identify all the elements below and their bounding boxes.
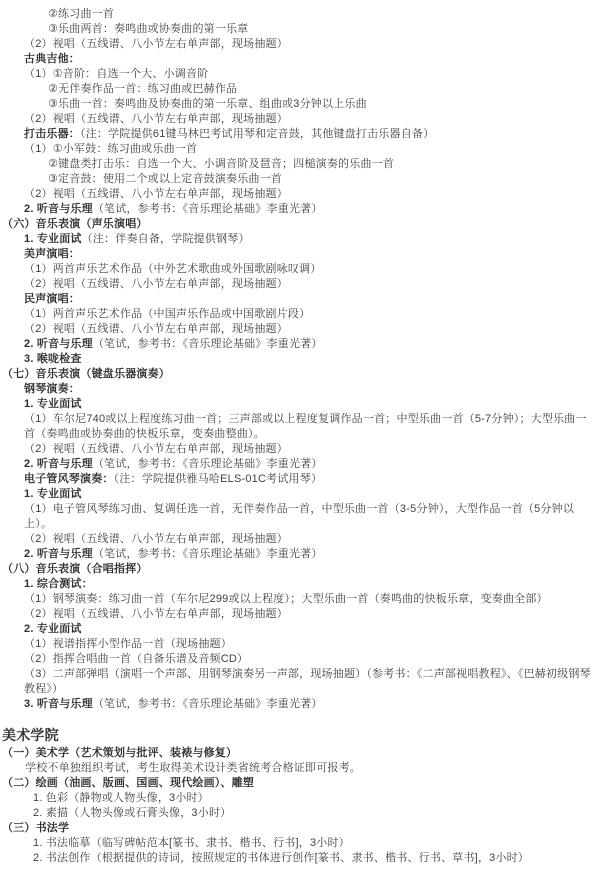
text-segment: （1）电子管风琴练习曲、复调任选一首，无伴奏作品一首，中型乐曲一首（3-5分钟）…: [24, 503, 574, 530]
doc-line: 2. 素描（人物头像或石膏头像，3小时）: [0, 806, 598, 821]
text-segment: 2. 听音与乐理: [24, 458, 93, 470]
doc-line: （1）钢琴演奏：练习曲一首（车尔尼299或以上程度）；大型乐曲一首（奏鸣曲的快板…: [0, 592, 598, 607]
doc-line: 1. 专业面试: [0, 487, 598, 502]
doc-line: （1）视谱指挥小型作品一首（现场抽题）: [0, 637, 598, 652]
doc-line: 1. 专业面试（注：伴奏自备，学院提供钢琴）: [0, 232, 598, 247]
text-segment: （1）两首声乐艺术作品（中外艺术歌曲或外国歌剧咏叹调）: [24, 263, 322, 275]
text-segment: （1）①小军鼓：练习曲或乐曲一首: [24, 143, 197, 155]
doc-line: （八）音乐表演（合唱指挥）: [0, 562, 598, 577]
doc-line: 美声演唱：: [0, 247, 598, 262]
text-segment: （1）视谱指挥小型作品一首（现场抽题）: [24, 638, 232, 650]
text-segment: （2）视唱（五线谱、八小节左右单声部，现场抽题）: [24, 188, 288, 200]
text-segment: （七）音乐表演（键盘乐器演奏）: [2, 368, 170, 380]
text-segment: 美术学院: [2, 727, 59, 743]
doc-line: ③乐曲一首：奏鸣曲及协奏曲的第一乐章、组曲或3分钟以上乐曲: [0, 97, 598, 112]
doc-line: （六）音乐表演（声乐演唱）: [0, 217, 598, 232]
text-segment: 1. 专业面试: [24, 398, 82, 410]
text-segment: 2. 书法创作（根据提供的诗词，按照规定的书体进行创作[篆书、隶书、楷书、行书、…: [33, 852, 529, 864]
doc-line: （1）电子管风琴练习曲、复调任选一首，无伴奏作品一首，中型乐曲一首（3-5分钟）…: [0, 502, 598, 532]
text-segment: 1. 书法临摹（临写碑帖范本[篆书、隶书、楷书、行书]，3小时）: [33, 837, 350, 849]
doc-line: 3. 听音与乐理（笔试，参考书：《音乐理论基础》李重光著）: [0, 697, 598, 712]
text-segment: 2. 听音与乐理: [24, 203, 93, 215]
text-segment: ②练习曲一首: [48, 8, 114, 20]
text-segment: （1）①音阶：自选一个大、小调音阶: [24, 68, 208, 80]
text-segment: （2）视唱（五线谱、八小节左右单声部，现场抽题）: [24, 608, 288, 620]
text-segment: （2）视唱（五线谱、八小节左右单声部，现场抽题）: [24, 323, 288, 335]
text-segment: （1）两首声乐艺术作品（中国声乐作品或中国歌剧片段）: [24, 308, 310, 320]
text-segment: 打击乐器：: [24, 128, 80, 140]
doc-line: （2）指挥合唱曲一首（自备乐谱及音频CD）: [0, 652, 598, 667]
doc-line: （1）两首声乐艺术作品（中国声乐作品或中国歌剧片段）: [0, 307, 598, 322]
doc-line: 1. 书法临摹（临写碑帖范本[篆书、隶书、楷书、行书]，3小时）: [0, 836, 598, 851]
doc-line: 2. 听音与乐理（笔试，参考书：《音乐理论基础》李重光著）: [0, 202, 598, 217]
text-segment: 学校不单独组织考试，考生取得美术设计类省统考合格证即可报考。: [25, 762, 361, 774]
text-segment: （注：学院提供61键马林巴考试用琴和定音鼓，其他键盘打击乐器自备）: [80, 128, 434, 140]
text-segment: 电子管风琴演奏：: [24, 473, 114, 485]
doc-line: ②练习曲一首: [0, 7, 598, 22]
text-segment: （笔试，参考书：《音乐理论基础》李重光著）: [93, 548, 323, 560]
text-segment: 1. 专业面试: [24, 488, 82, 500]
text-segment: （笔试，参考书：《音乐理论基础》李重光著）: [93, 458, 323, 470]
page-section-heading: 美术学院: [0, 725, 598, 746]
doc-line: （3）二声部弹唱（演唱一个声部、用钢琴演奏另一声部，现场抽题）（参考书：《二声部…: [0, 667, 598, 697]
doc-line: ③乐曲两首：奏鸣曲或协奏曲的第一乐章: [0, 22, 598, 37]
text-segment: （二）绘画（油画、版画、国画、现代绘画）、雕塑: [2, 777, 254, 789]
doc-line: （七）音乐表演（键盘乐器演奏）: [0, 367, 598, 382]
text-segment: （1）钢琴演奏：练习曲一首（车尔尼299或以上程度）；大型乐曲一首（奏鸣曲的快板…: [24, 593, 548, 605]
doc-line: 1. 专业面试: [0, 397, 598, 412]
text-segment: （注：学院提供雅马哈ELS-01C考试用琴）: [114, 473, 323, 485]
text-segment: （2）视唱（五线谱、八小节左右单声部，现场抽题）: [24, 38, 288, 50]
doc-line: 2. 听音与乐理（笔试，参考书：《音乐理论基础》李重光著）: [0, 337, 598, 352]
text-segment: （2）指挥合唱曲一首（自备乐谱及音频CD）: [24, 653, 248, 665]
doc-line: 古典吉他：: [0, 52, 598, 67]
text-segment: （3）二声部弹唱（演唱一个声部、用钢琴演奏另一声部，现场抽题）（参考书：《二声部…: [24, 668, 591, 695]
text-segment: 2. 听音与乐理: [24, 338, 93, 350]
doc-line: （1）①小军鼓：练习曲或乐曲一首: [0, 142, 598, 157]
doc-line: （1）车尔尼740或以上程度练习曲一首；三声部或以上程度复调作品一首；中型乐曲一…: [0, 412, 598, 442]
doc-line: （三）书法学: [0, 821, 598, 836]
text-segment: 2. 专业面试: [24, 623, 82, 635]
text-segment: 1. 专业面试: [24, 233, 82, 245]
doc-line: 2. 听音与乐理（笔试，参考书：《音乐理论基础》李重光著）: [0, 457, 598, 472]
text-segment: 古典吉他：: [24, 53, 80, 65]
text-segment: 2. 素描（人物头像或石膏头像，3小时）: [33, 807, 231, 819]
text-segment: 1. 色彩（静物或人物头像，3小时）: [33, 792, 209, 804]
text-segment: （注：伴奏自备，学院提供钢琴）: [82, 233, 250, 245]
text-segment: 美声演唱：: [24, 248, 80, 260]
doc-line: ②键盘类打击乐：自选一个大、小调音阶及琶音；四槌演奏的乐曲一首: [0, 157, 598, 172]
text-segment: ③定音鼓：使用二个或以上定音鼓演奏乐曲一首: [48, 173, 282, 185]
doc-line: （2）视唱（五线谱、八小节左右单声部，现场抽题）: [0, 442, 598, 457]
text-segment: （2）视唱（五线谱、八小节左右单声部，现场抽题）: [24, 113, 288, 125]
text-segment: ③乐曲两首：奏鸣曲或协奏曲的第一乐章: [48, 23, 248, 35]
text-segment: （八）音乐表演（合唱指挥）: [2, 563, 148, 575]
doc-line: 3. 喉咙检查: [0, 352, 598, 367]
doc-line: （二）绘画（油画、版画、国画、现代绘画）、雕塑: [0, 776, 598, 791]
doc-line: 2. 专业面试: [0, 622, 598, 637]
text-segment: 3. 听音与乐理: [24, 698, 93, 710]
text-segment: （1）车尔尼740或以上程度练习曲一首；三声部或以上程度复调作品一首；中型乐曲一…: [24, 413, 587, 440]
doc-line: 打击乐器：（注：学院提供61键马林巴考试用琴和定音鼓，其他键盘打击乐器自备）: [0, 127, 598, 142]
doc-line: （2）视唱（五线谱、八小节左右单声部，现场抽题）: [0, 532, 598, 547]
text-segment: ②无伴奏作品一首：练习曲或巴赫作品: [48, 83, 237, 95]
exam-requirements-document: ②练习曲一首③乐曲两首：奏鸣曲或协奏曲的第一乐章（2）视唱（五线谱、八小节左右单…: [0, 0, 600, 869]
doc-line: （2）视唱（五线谱、八小节左右单声部，现场抽题）: [0, 322, 598, 337]
doc-line: （2）视唱（五线谱、八小节左右单声部，现场抽题）: [0, 187, 598, 202]
doc-line: 2. 听音与乐理（笔试，参考书：《音乐理论基础》李重光著）: [0, 547, 598, 562]
doc-line: （2）视唱（五线谱、八小节左右单声部，现场抽题）: [0, 277, 598, 292]
doc-line: 1. 色彩（静物或人物头像，3小时）: [0, 791, 598, 806]
text-segment: （笔试，参考书：《音乐理论基础》李重光著）: [93, 698, 323, 710]
text-segment: （2）视唱（五线谱、八小节左右单声部，现场抽题）: [24, 443, 288, 455]
doc-line: （1）两首声乐艺术作品（中外艺术歌曲或外国歌剧咏叹调）: [0, 262, 598, 277]
text-segment: （六）音乐表演（声乐演唱）: [2, 218, 148, 230]
text-segment: ②键盘类打击乐：自选一个大、小调音阶及琶音；四槌演奏的乐曲一首: [48, 158, 394, 170]
doc-line: ②无伴奏作品一首：练习曲或巴赫作品: [0, 82, 598, 97]
text-segment: ③乐曲一首：奏鸣曲及协奏曲的第一乐章、组曲或3分钟以上乐曲: [48, 98, 367, 110]
doc-line: 钢琴演奏：: [0, 382, 598, 397]
text-segment: （三）书法学: [2, 822, 69, 834]
document-body: ②练习曲一首③乐曲两首：奏鸣曲或协奏曲的第一乐章（2）视唱（五线谱、八小节左右单…: [0, 7, 598, 866]
doc-line: （2）视唱（五线谱、八小节左右单声部，现场抽题）: [0, 37, 598, 52]
doc-line: 学校不单独组织考试，考生取得美术设计类省统考合格证即可报考。: [0, 761, 598, 776]
text-segment: （笔试，参考书：《音乐理论基础》李重光著）: [93, 338, 323, 350]
doc-line: 民声演唱：: [0, 292, 598, 307]
text-segment: （一）美术学（艺术策划与批评、装裱与修复）: [2, 747, 237, 759]
text-segment: 3. 喉咙检查: [24, 353, 82, 365]
text-segment: 2. 听音与乐理: [24, 548, 93, 560]
doc-line: 电子管风琴演奏：（注：学院提供雅马哈ELS-01C考试用琴）: [0, 472, 598, 487]
text-segment: 民声演唱：: [24, 293, 80, 305]
doc-line: 1. 综合测试：: [0, 577, 598, 592]
doc-line: （一）美术学（艺术策划与批评、装裱与修复）: [0, 746, 598, 761]
doc-line: ③定音鼓：使用二个或以上定音鼓演奏乐曲一首: [0, 172, 598, 187]
doc-line: （2）视唱（五线谱、八小节左右单声部，现场抽题）: [0, 607, 598, 622]
text-segment: 钢琴演奏：: [24, 383, 80, 395]
doc-line: （2）视唱（五线谱、八小节左右单声部，现场抽题）: [0, 112, 598, 127]
text-segment: （笔试，参考书：《音乐理论基础》李重光著）: [93, 203, 323, 215]
text-segment: 1. 综合测试：: [24, 578, 93, 590]
doc-line: 2. 书法创作（根据提供的诗词，按照规定的书体进行创作[篆书、隶书、楷书、行书、…: [0, 851, 598, 866]
text-segment: （2）视唱（五线谱、八小节左右单声部，现场抽题）: [24, 278, 288, 290]
text-segment: （2）视唱（五线谱、八小节左右单声部，现场抽题）: [24, 533, 288, 545]
doc-line: （1）①音阶：自选一个大、小调音阶: [0, 67, 598, 82]
